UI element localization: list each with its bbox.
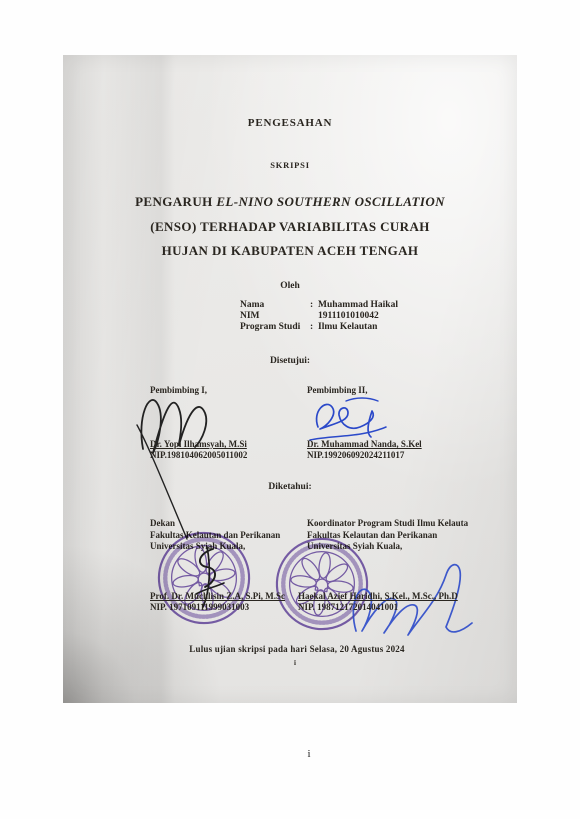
- field-row-program-studi: Program Studi:Ilmu Kelautan: [240, 322, 398, 333]
- field-row-nama: Nama:Muhammad Haikal: [240, 300, 398, 311]
- supervisor-2-name-block: Dr. Muhammad Nanda, S.Kel NIP.1992060920…: [307, 439, 422, 461]
- official-2-name-block: Haekal Azief Haridhi, S.Kel., M.Sc., Ph.…: [298, 591, 458, 613]
- official-name: Haekal Azief Haridhi, S.Kel., M.Sc., Ph.…: [298, 591, 458, 602]
- page-number: i: [0, 748, 580, 760]
- official-1-name-block: Prof. Dr. Muchlisin Z.A, S.Pi, M.Sc NIP.…: [150, 591, 285, 613]
- title-line-1-prefix: PENGARUH: [135, 194, 216, 209]
- official-name: Prof. Dr. Muchlisin Z.A, S.Pi, M.Sc: [150, 591, 285, 602]
- official-role-line: Koordinator Program Studi Ilmu Kelauta: [307, 518, 519, 530]
- scanned-approval-page-photo: PENGESAHAN SKRIPSI PENGARUH EL-NINO SOUT…: [63, 55, 517, 703]
- field-value: 1911101010042: [318, 311, 379, 322]
- heading-skripsi: SKRIPSI: [63, 160, 517, 170]
- field-label: NIM: [240, 311, 310, 322]
- title-line-2: (ENSO) TERHADAP VARIABILITAS CURAH: [63, 215, 517, 240]
- field-value: Muhammad Haikal: [318, 300, 398, 311]
- title-line-1: PENGARUH EL-NINO SOUTHERN OSCILLATION: [63, 190, 517, 215]
- approved-label: Disetujui:: [63, 356, 517, 366]
- field-label: Program Studi: [240, 322, 310, 333]
- supervisor-name: Dr. Muhammad Nanda, S.Kel: [307, 439, 422, 450]
- field-row-nim: NIM1911101010042: [240, 311, 398, 322]
- field-separator: :: [310, 300, 318, 311]
- field-separator: :: [310, 322, 318, 333]
- thesis-title: PENGARUH EL-NINO SOUTHERN OSCILLATION (E…: [63, 190, 517, 264]
- by-label: Oleh: [63, 281, 517, 291]
- title-line-3: HUJAN DI KABUPATEN ACEH TENGAH: [63, 239, 517, 264]
- acknowledged-label: Diketahui:: [63, 482, 517, 492]
- field-label: Nama: [240, 300, 310, 311]
- page: { "page": { "number": "i" }, "colors": {…: [0, 0, 580, 819]
- official-nip: NIP. 198712172014041001: [298, 602, 458, 613]
- official-nip: NIP. 197109111999031003: [150, 602, 285, 613]
- title-line-1-italic: EL-NINO SOUTHERN OSCILLATION: [216, 194, 445, 209]
- supervisor-1-name-block: Dr. Yopi Ilhamsyah, M.Si NIP.19810406200…: [150, 439, 247, 461]
- graduation-note: Lulus ujian skripsi pada hari Selasa, 20…: [63, 644, 517, 654]
- student-info: Nama:Muhammad Haikal NIM1911101010042 Pr…: [240, 300, 398, 333]
- heading-pengesahan: PENGESAHAN: [63, 117, 517, 129]
- field-value: Ilmu Kelautan: [318, 322, 377, 333]
- scan-page-number: i: [63, 659, 517, 667]
- supervisor-name: Dr. Yopi Ilhamsyah, M.Si: [150, 439, 247, 450]
- supervisor-nip: NIP.198104062005011002: [150, 450, 247, 461]
- supervisor-nip: NIP.199206092024211017: [307, 450, 422, 461]
